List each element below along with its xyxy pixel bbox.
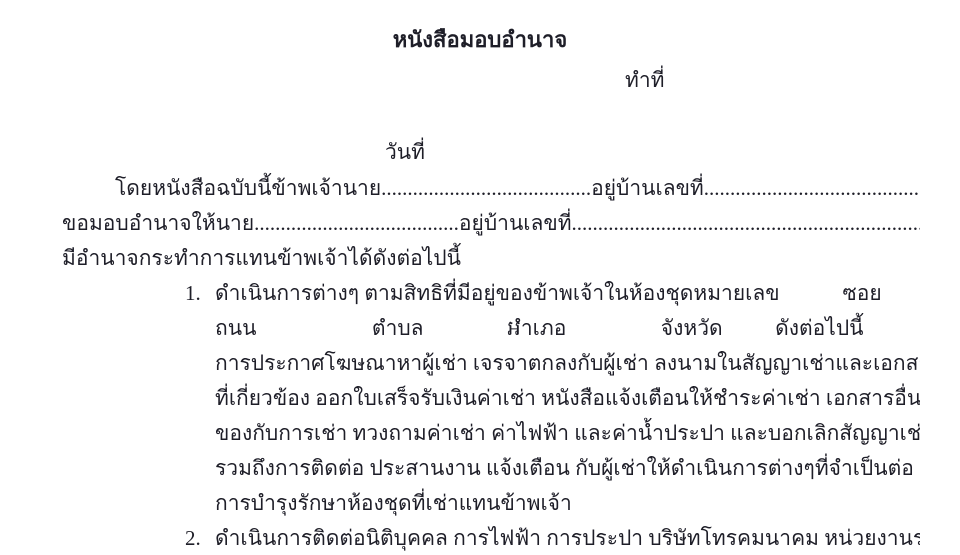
list-item-1-number: 1. — [185, 276, 215, 311]
list-item-2: 2. ดำเนินการติดต่อนิติบุคคล การไฟฟ้า การ… — [62, 521, 920, 555]
list-item-1-row: 1. ดำเนินการต่างๆ ตามสิทธิที่มีอยู่ของข้… — [62, 276, 920, 311]
list-item-2-number: 2. — [185, 521, 215, 555]
list-item-2-line-1: ดำเนินการติดต่อนิติบุคคล การไฟฟ้า การประ… — [215, 521, 920, 555]
document-title: หนังสือมอบอำนาจ — [0, 22, 960, 57]
list-item-1-line-6: รวมถึงการติดต่อ ประสานงาน แจ้งเตือน กับผ… — [62, 451, 920, 486]
intro-line-grantor: โดยหนังสือฉบับนี้ข้าพเจ้านาย............… — [62, 171, 920, 206]
intro-line-authority: มีอำนาจกระทำการแทนข้าพเจ้าได้ดังต่อไปนี้ — [62, 241, 920, 276]
intro-line-grantee: ขอมอบอำนาจให้นาย........................… — [62, 206, 920, 241]
list-item-1-line-5: ของกับการเช่า ทวงถามค่าเช่า ค่าไฟฟ้า และ… — [62, 416, 920, 451]
list-item-1-line-4: ที่เกี่ยวข้อง ออกใบเสร็จรับเงินค่าเช่า ห… — [62, 381, 920, 416]
date-label: วันที่ — [385, 136, 425, 169]
list-item-1-line-1: ดำเนินการต่างๆ ตามสิทธิที่มีอยู่ของข้าพเ… — [215, 276, 920, 311]
list-item-1-line-7: การบำรุงรักษาห้องชุดที่เช่าแทนข้าพเจ้า — [62, 486, 920, 521]
list-item-2-row: 2. ดำเนินการติดต่อนิติบุคคล การไฟฟ้า การ… — [62, 521, 920, 555]
list-item-1-line-2: ถนน ตำบล អำเภอ จังหวัด ดังต่อไปนี้ — [62, 311, 920, 346]
list-item-1: 1. ดำเนินการต่างๆ ตามสิทธิที่มีอยู่ของข้… — [62, 276, 920, 521]
document-body: โดยหนังสือฉบับนี้ข้าพเจ้านาย............… — [62, 171, 920, 555]
list-item-1-line-3: การประกาศโฆษณาหาผู้เช่า เจรจาตกลงกับผู้เ… — [62, 346, 920, 381]
made-at-label: ทำที่ — [625, 64, 664, 97]
power-of-attorney-document: หนังสือมอบอำนาจ ทำที่ วันที่ โดยหนังสือฉ… — [0, 0, 960, 555]
